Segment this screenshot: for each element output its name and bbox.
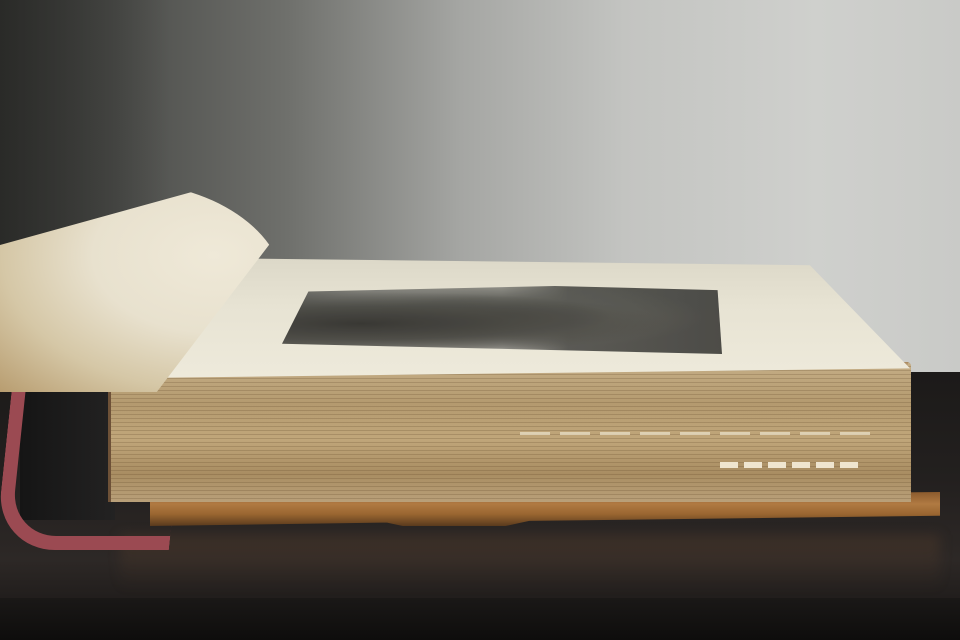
torn-page-edges bbox=[520, 432, 880, 435]
engraving-illustration bbox=[282, 286, 722, 354]
table-edge bbox=[0, 598, 960, 640]
torn-page-edges-lower bbox=[720, 462, 860, 468]
table-reflection bbox=[120, 535, 940, 590]
